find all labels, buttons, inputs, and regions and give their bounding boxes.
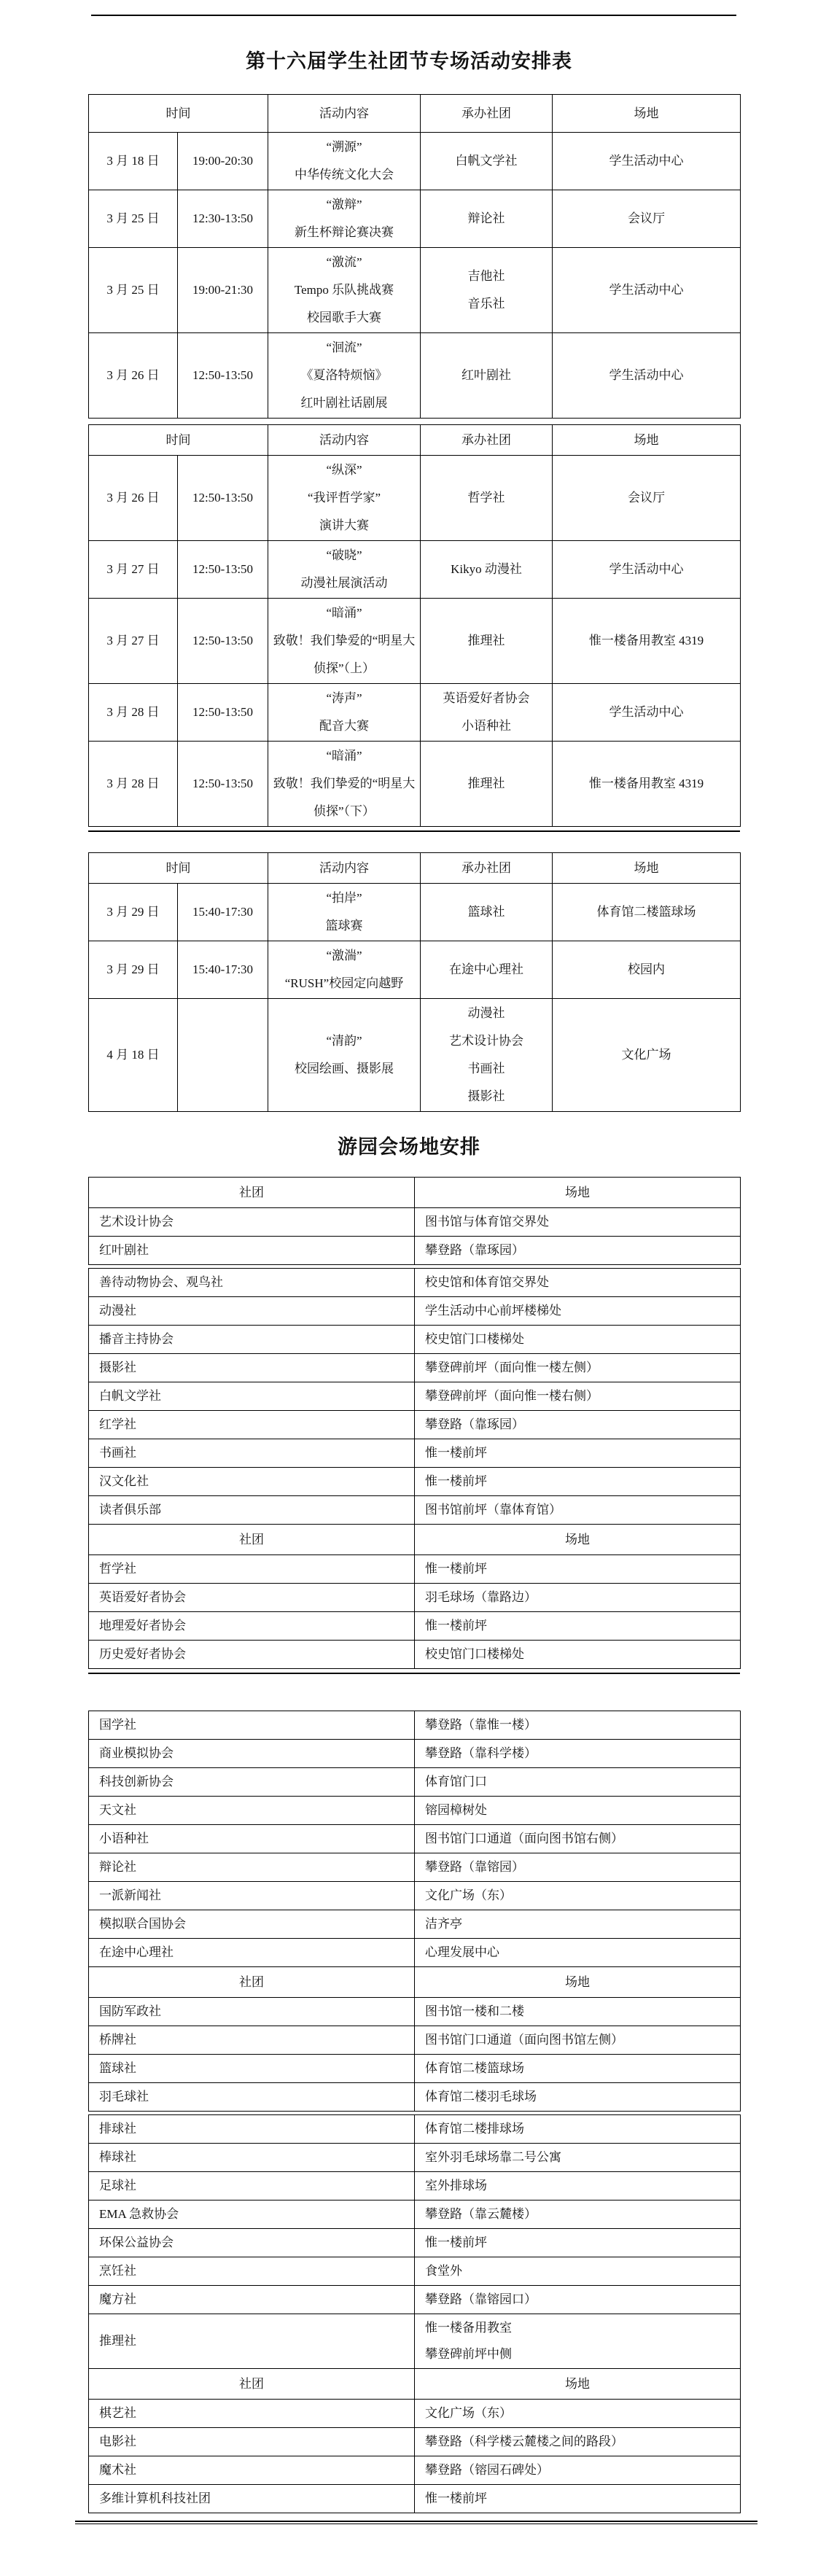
- date-cell: 3 月 25 日: [89, 248, 178, 333]
- time-cell: 15:40-17:30: [178, 941, 268, 999]
- club-cell: 棒球社: [89, 2144, 415, 2172]
- club-cell: Kikyo 动漫社: [421, 541, 553, 599]
- venue-row: 地理爱好者协会 惟一楼前坪: [89, 1612, 741, 1641]
- club-cell: 摄影社: [89, 1354, 415, 1382]
- club-cell: 国防军政社: [89, 1998, 415, 2026]
- schedule-row: 3 月 29 日 15:40-17:30 “拍岸” 篮球赛 篮球社 体育馆二楼篮…: [89, 884, 741, 941]
- venue-cell: 会议厅: [553, 456, 741, 541]
- club-cell: 天文社: [89, 1797, 415, 1825]
- club-cell: 汉文化社: [89, 1468, 415, 1496]
- club-cell: 社团: [89, 1178, 415, 1208]
- venue-row: 桥牌社 图书馆门口通道（面向图书馆左侧）: [89, 2026, 741, 2055]
- venue-cell: 惟一楼前坪: [415, 1468, 741, 1496]
- club-cell: 电影社: [89, 2428, 415, 2456]
- venue-row: 哲学社 惟一楼前坪: [89, 1555, 741, 1584]
- schedule-row: 4 月 18 日 “清韵” 校园绘画、摄影展 动漫社 艺术设计协会 书画社 摄影…: [89, 999, 741, 1112]
- venue-row: 商业模拟协会 攀登路（靠科学楼）: [89, 1740, 741, 1768]
- time-cell: 12:50-13:50: [178, 742, 268, 827]
- date-cell: 4 月 18 日: [89, 999, 178, 1112]
- page-separator-mid-1: [88, 830, 740, 832]
- venue-cell: 体育馆二楼排球场: [415, 2115, 741, 2144]
- club-cell: 红叶剧社: [89, 1237, 415, 1265]
- club-cell: 历史爱好者协会: [89, 1641, 415, 1669]
- time-cell: 12:50-13:50: [178, 684, 268, 742]
- venue-row: 历史爱好者协会 校史馆门口楼梯处: [89, 1641, 741, 1669]
- venue-table-3: 国学社 攀登路（靠惟一楼） 商业模拟协会 攀登路（靠科学楼） 科技创新协会 体育…: [88, 1711, 741, 2112]
- time-cell: 12:50-13:50: [178, 541, 268, 599]
- venue-cell: 惟一楼前坪: [415, 2229, 741, 2257]
- date-cell: 3 月 26 日: [89, 456, 178, 541]
- venue-cell: 体育馆门口: [415, 1768, 741, 1797]
- venue-row: 动漫社 学生活动中心前坪楼梯处: [89, 1297, 741, 1326]
- venue-row: 播音主持协会 校史馆门口楼梯处: [89, 1326, 741, 1354]
- club-cell: 吉他社 音乐社: [421, 248, 553, 333]
- venue-cell: 体育馆二楼羽毛球场: [415, 2083, 741, 2112]
- venue-cell: 学生活动中心: [553, 133, 741, 190]
- venue-cell: 学生活动中心: [553, 541, 741, 599]
- schedule-row: 3 月 29 日 15:40-17:30 “激湍” “RUSH”校园定向越野 在…: [89, 941, 741, 999]
- schedule-row: 3 月 25 日 19:00-21:30 “激流” Tempo 乐队挑战赛 校园…: [89, 248, 741, 333]
- venue-cell: 室外羽毛球场靠二号公寓: [415, 2144, 741, 2172]
- venue-cell: 惟一楼前坪: [415, 1555, 741, 1584]
- venue-cell: 学生活动中心前坪楼梯处: [415, 1297, 741, 1326]
- venue-row: 在途中心理社 心理发展中心: [89, 1939, 741, 1967]
- venue-cell: 攀登路（靠琢园）: [415, 1237, 741, 1265]
- venue-cell: 洁齐亭: [415, 1910, 741, 1939]
- club-cell: 推理社: [421, 742, 553, 827]
- venue-cell: 体育馆二楼篮球场: [415, 2055, 741, 2083]
- venue-cell: 图书馆与体育馆交界处: [415, 1208, 741, 1237]
- venue-row: 棒球社 室外羽毛球场靠二号公寓: [89, 2144, 741, 2172]
- venue-table-4: 排球社 体育馆二楼排球场 棒球社 室外羽毛球场靠二号公寓 足球社 室外排球场 E…: [88, 2114, 741, 2513]
- venue-row: 科技创新协会 体育馆门口: [89, 1768, 741, 1797]
- club-cell: 社团: [89, 1967, 415, 1998]
- venue-row: 足球社 室外排球场: [89, 2172, 741, 2201]
- col-header-content: 活动内容: [268, 853, 421, 884]
- time-cell: 12:30-13:50: [178, 190, 268, 248]
- club-cell: 羽毛球社: [89, 2083, 415, 2112]
- venue-cell: 攀登路（靠云麓楼）: [415, 2201, 741, 2229]
- club-cell: 社团: [89, 1525, 415, 1555]
- venue-cell: 校史馆门口楼梯处: [415, 1326, 741, 1354]
- col-header-content: 活动内容: [268, 95, 421, 133]
- club-cell: 一派新闻社: [89, 1882, 415, 1910]
- venue-row: 推理社 惟一楼备用教室 攀登碑前坪中侧: [89, 2314, 741, 2369]
- venue-row: 小语种社 图书馆门口通道（面向图书馆右侧）: [89, 1825, 741, 1853]
- club-cell: 动漫社: [89, 1297, 415, 1326]
- venue-cell: 场地: [415, 2369, 741, 2400]
- venue-cell: 攀登路（镕园石碑处）: [415, 2456, 741, 2485]
- venue-cell: 场地: [415, 1178, 741, 1208]
- schedule-table-3: 时间 活动内容 承办社团 场地 3 月 29 日 15:40-17:30 “拍岸…: [88, 852, 741, 1112]
- col-header-time: 时间: [89, 853, 268, 884]
- venue-cell: 惟一楼前坪: [415, 1439, 741, 1468]
- club-cell: 地理爱好者协会: [89, 1612, 415, 1641]
- venue-cell: 场地: [415, 1525, 741, 1555]
- venue-row: 社团 场地: [89, 2369, 741, 2400]
- col-header-time: 时间: [89, 425, 268, 456]
- venue-cell: 校史馆和体育馆交界处: [415, 1269, 741, 1297]
- page-separator-mid-2: [88, 1673, 740, 1674]
- club-cell: 播音主持协会: [89, 1326, 415, 1354]
- activity-cell: “溯源” 中华传统文化大会: [268, 133, 421, 190]
- club-cell: 白帆文学社: [89, 1382, 415, 1411]
- venue-row: 汉文化社 惟一楼前坪: [89, 1468, 741, 1496]
- schedule-row: 3 月 25 日 12:30-13:50 “激辩” 新生杯辩论赛决赛 辩论社 会…: [89, 190, 741, 248]
- club-cell: 动漫社 艺术设计协会 书画社 摄影社: [421, 999, 553, 1112]
- venue-cell: 攀登路（靠镕园口）: [415, 2286, 741, 2314]
- activity-cell: “涛声” 配音大赛: [268, 684, 421, 742]
- venue-cell: 文化广场（东）: [415, 1882, 741, 1910]
- col-header-time: 时间: [89, 95, 268, 133]
- venue-cell: 镕园樟树处: [415, 1797, 741, 1825]
- activity-cell: “洄流” 《夏洛特烦恼》 红叶剧社话剧展: [268, 333, 421, 419]
- club-cell: 烹饪社: [89, 2257, 415, 2286]
- venue-cell: 食堂外: [415, 2257, 741, 2286]
- venue-row: 国防军政社 图书馆一楼和二楼: [89, 1998, 741, 2026]
- venue-cell: 室外排球场: [415, 2172, 741, 2201]
- activity-cell: “激流” Tempo 乐队挑战赛 校园歌手大赛: [268, 248, 421, 333]
- venue-row: 红叶剧社 攀登路（靠琢园）: [89, 1237, 741, 1265]
- venue-title: 游园会场地安排: [0, 1131, 818, 1159]
- venue-cell: 惟一楼备用教室 攀登碑前坪中侧: [415, 2314, 741, 2369]
- col-header-club: 承办社团: [421, 95, 553, 133]
- time-cell: [178, 999, 268, 1112]
- club-cell: 社团: [89, 2369, 415, 2400]
- schedule-header-row: 时间 活动内容 承办社团 场地: [89, 853, 741, 884]
- club-cell: 排球社: [89, 2115, 415, 2144]
- venue-cell: 图书馆门口通道（面向图书馆右侧）: [415, 1825, 741, 1853]
- club-cell: 科技创新协会: [89, 1768, 415, 1797]
- venue-table-2: 善待动物协会、观鸟社 校史馆和体育馆交界处 动漫社 学生活动中心前坪楼梯处 播音…: [88, 1268, 741, 1669]
- venue-row: 英语爱好者协会 羽毛球场（靠路边）: [89, 1584, 741, 1612]
- col-header-venue: 场地: [553, 425, 741, 456]
- col-header-club: 承办社团: [421, 853, 553, 884]
- club-cell: 善待动物协会、观鸟社: [89, 1269, 415, 1297]
- venue-cell: 文化广场: [553, 999, 741, 1112]
- venue-cell: 羽毛球场（靠路边）: [415, 1584, 741, 1612]
- venue-cell: 校史馆门口楼梯处: [415, 1641, 741, 1669]
- activity-cell: “暗涌” 致敬！我们挚爱的“明星大侦探”（下）: [268, 742, 421, 827]
- club-cell: 棋艺社: [89, 2400, 415, 2428]
- venue-cell: 会议厅: [553, 190, 741, 248]
- venue-cell: 学生活动中心: [553, 333, 741, 419]
- club-cell: 环保公益协会: [89, 2229, 415, 2257]
- venue-row: 模拟联合国协会 洁齐亭: [89, 1910, 741, 1939]
- schedule-table-1: 时间 活动内容 承办社团 场地 3 月 18 日 19:00-20:30 “溯源…: [88, 94, 741, 419]
- schedule-title: 第十六届学生社团节专场活动安排表: [0, 45, 818, 74]
- page-separator-top: [91, 15, 736, 16]
- activity-cell: “暗涌” 致敬！我们挚爱的“明星大侦探”（上）: [268, 599, 421, 684]
- venue-row: 天文社 镕园樟树处: [89, 1797, 741, 1825]
- venue-row: 篮球社 体育馆二楼篮球场: [89, 2055, 741, 2083]
- schedule-row: 3 月 27 日 12:50-13:50 “破晓” 动漫社展演活动 Kikyo …: [89, 541, 741, 599]
- venue-cell: 体育馆二楼篮球场: [553, 884, 741, 941]
- document-page: 第十六届学生社团节专场活动安排表 时间 活动内容 承办社团 场地 3 月 18 …: [0, 15, 818, 2576]
- venue-cell: 攀登路（靠科学楼）: [415, 1740, 741, 1768]
- venue-cell: 学生活动中心: [553, 684, 741, 742]
- venue-cell: 图书馆门口通道（面向图书馆左侧）: [415, 2026, 741, 2055]
- club-cell: EMA 急救协会: [89, 2201, 415, 2229]
- activity-cell: “纵深” “我评哲学家” 演讲大赛: [268, 456, 421, 541]
- venue-cell: 图书馆一楼和二楼: [415, 1998, 741, 2026]
- date-cell: 3 月 18 日: [89, 133, 178, 190]
- venue-row: 魔术社 攀登路（镕园石碑处）: [89, 2456, 741, 2485]
- col-header-venue: 场地: [553, 853, 741, 884]
- col-header-club: 承办社团: [421, 425, 553, 456]
- venue-row: 环保公益协会 惟一楼前坪: [89, 2229, 741, 2257]
- club-cell: 艺术设计协会: [89, 1208, 415, 1237]
- venue-row: 善待动物协会、观鸟社 校史馆和体育馆交界处: [89, 1269, 741, 1297]
- club-cell: 推理社: [89, 2314, 415, 2369]
- club-cell: 篮球社: [89, 2055, 415, 2083]
- venue-table-1: 社团 场地 艺术设计协会 图书馆与体育馆交界处 红叶剧社 攀登路（靠琢园）: [88, 1177, 741, 1265]
- time-cell: 12:50-13:50: [178, 333, 268, 419]
- venue-cell: 文化广场（东）: [415, 2400, 741, 2428]
- venue-cell: 攀登路（靠惟一楼）: [415, 1711, 741, 1740]
- date-cell: 3 月 27 日: [89, 541, 178, 599]
- venue-cell: 惟一楼前坪: [415, 2485, 741, 2513]
- venue-cell: 心理发展中心: [415, 1939, 741, 1967]
- date-cell: 3 月 26 日: [89, 333, 178, 419]
- venue-row: 一派新闻社 文化广场（东）: [89, 1882, 741, 1910]
- date-cell: 3 月 25 日: [89, 190, 178, 248]
- club-cell: 哲学社: [89, 1555, 415, 1584]
- venue-cell: 惟一楼备用教室 4319: [553, 742, 741, 827]
- activity-cell: “拍岸” 篮球赛: [268, 884, 421, 941]
- club-cell: 在途中心理社: [89, 1939, 415, 1967]
- club-cell: 篮球社: [421, 884, 553, 941]
- time-cell: 15:40-17:30: [178, 884, 268, 941]
- page-separator-bottom: [75, 2521, 757, 2524]
- venue-cell: 校园内: [553, 941, 741, 999]
- schedule-header-row: 时间 活动内容 承办社团 场地: [89, 425, 741, 456]
- activity-cell: “破晓” 动漫社展演活动: [268, 541, 421, 599]
- club-cell: 哲学社: [421, 456, 553, 541]
- time-cell: 12:50-13:50: [178, 599, 268, 684]
- venue-row: 社团 场地: [89, 1525, 741, 1555]
- schedule-row: 3 月 18 日 19:00-20:30 “溯源” 中华传统文化大会 白帆文学社…: [89, 133, 741, 190]
- venue-row: 多维计算机科技社团 惟一楼前坪: [89, 2485, 741, 2513]
- time-cell: 19:00-21:30: [178, 248, 268, 333]
- date-cell: 3 月 29 日: [89, 884, 178, 941]
- club-cell: 小语种社: [89, 1825, 415, 1853]
- schedule-row: 3 月 27 日 12:50-13:50 “暗涌” 致敬！我们挚爱的“明星大侦探…: [89, 599, 741, 684]
- venue-row: 国学社 攀登路（靠惟一楼）: [89, 1711, 741, 1740]
- schedule-table-2: 时间 活动内容 承办社团 场地 3 月 26 日 12:50-13:50 “纵深…: [88, 424, 741, 827]
- activity-cell: “清韵” 校园绘画、摄影展: [268, 999, 421, 1112]
- activity-cell: “激湍” “RUSH”校园定向越野: [268, 941, 421, 999]
- club-cell: 英语爱好者协会: [89, 1584, 415, 1612]
- venue-row: 社团 场地: [89, 1967, 741, 1998]
- venue-cell: 攀登路（靠琢园）: [415, 1411, 741, 1439]
- date-cell: 3 月 29 日: [89, 941, 178, 999]
- venue-cell: 攀登路（科学楼云麓楼之间的路段）: [415, 2428, 741, 2456]
- club-cell: 多维计算机科技社团: [89, 2485, 415, 2513]
- col-header-venue: 场地: [553, 95, 741, 133]
- club-cell: 国学社: [89, 1711, 415, 1740]
- schedule-row: 3 月 28 日 12:50-13:50 “涛声” 配音大赛 英语爱好者协会 小…: [89, 684, 741, 742]
- time-cell: 19:00-20:30: [178, 133, 268, 190]
- venue-cell: 惟一楼前坪: [415, 1612, 741, 1641]
- venue-cell: 图书馆前坪（靠体育馆）: [415, 1496, 741, 1525]
- venue-row: 读者俱乐部 图书馆前坪（靠体育馆）: [89, 1496, 741, 1525]
- venue-cell: 攀登路（靠镕园）: [415, 1853, 741, 1882]
- col-header-content: 活动内容: [268, 425, 421, 456]
- club-cell: 推理社: [421, 599, 553, 684]
- club-cell: 书画社: [89, 1439, 415, 1468]
- venue-row: 棋艺社 文化广场（东）: [89, 2400, 741, 2428]
- time-cell: 12:50-13:50: [178, 456, 268, 541]
- club-cell: 在途中心理社: [421, 941, 553, 999]
- date-cell: 3 月 28 日: [89, 684, 178, 742]
- venue-cell: 惟一楼备用教室 4319: [553, 599, 741, 684]
- club-cell: 辩论社: [421, 190, 553, 248]
- venue-row: 艺术设计协会 图书馆与体育馆交界处: [89, 1208, 741, 1237]
- venue-row: EMA 急救协会 攀登路（靠云麓楼）: [89, 2201, 741, 2229]
- venue-row: 魔方社 攀登路（靠镕园口）: [89, 2286, 741, 2314]
- club-cell: 足球社: [89, 2172, 415, 2201]
- venue-row: 摄影社 攀登碑前坪（面向惟一楼左侧）: [89, 1354, 741, 1382]
- venue-row: 羽毛球社 体育馆二楼羽毛球场: [89, 2083, 741, 2112]
- club-cell: 白帆文学社: [421, 133, 553, 190]
- club-cell: 模拟联合国协会: [89, 1910, 415, 1939]
- venue-row: 烹饪社 食堂外: [89, 2257, 741, 2286]
- schedule-row: 3 月 26 日 12:50-13:50 “洄流” 《夏洛特烦恼》 红叶剧社话剧…: [89, 333, 741, 419]
- venue-row: 书画社 惟一楼前坪: [89, 1439, 741, 1468]
- date-cell: 3 月 27 日: [89, 599, 178, 684]
- venue-row: 红学社 攀登路（靠琢园）: [89, 1411, 741, 1439]
- club-cell: 英语爱好者协会 小语种社: [421, 684, 553, 742]
- venue-row: 电影社 攀登路（科学楼云麓楼之间的路段）: [89, 2428, 741, 2456]
- venue-row: 辩论社 攀登路（靠镕园）: [89, 1853, 741, 1882]
- venue-cell: 攀登碑前坪（面向惟一楼右侧）: [415, 1382, 741, 1411]
- club-cell: 红叶剧社: [421, 333, 553, 419]
- schedule-row: 3 月 28 日 12:50-13:50 “暗涌” 致敬！我们挚爱的“明星大侦探…: [89, 742, 741, 827]
- club-cell: 辩论社: [89, 1853, 415, 1882]
- schedule-row: 3 月 26 日 12:50-13:50 “纵深” “我评哲学家” 演讲大赛 哲…: [89, 456, 741, 541]
- schedule-header-row: 时间 活动内容 承办社团 场地: [89, 95, 741, 133]
- club-cell: 商业模拟协会: [89, 1740, 415, 1768]
- activity-cell: “激辩” 新生杯辩论赛决赛: [268, 190, 421, 248]
- venue-cell: 学生活动中心: [553, 248, 741, 333]
- date-cell: 3 月 28 日: [89, 742, 178, 827]
- club-cell: 红学社: [89, 1411, 415, 1439]
- venue-cell: 攀登碑前坪（面向惟一楼左侧）: [415, 1354, 741, 1382]
- venue-row: 白帆文学社 攀登碑前坪（面向惟一楼右侧）: [89, 1382, 741, 1411]
- club-cell: 读者俱乐部: [89, 1496, 415, 1525]
- club-cell: 魔术社: [89, 2456, 415, 2485]
- venue-row: 社团 场地: [89, 1178, 741, 1208]
- venue-cell: 场地: [415, 1967, 741, 1998]
- venue-row: 排球社 体育馆二楼排球场: [89, 2115, 741, 2144]
- club-cell: 魔方社: [89, 2286, 415, 2314]
- club-cell: 桥牌社: [89, 2026, 415, 2055]
